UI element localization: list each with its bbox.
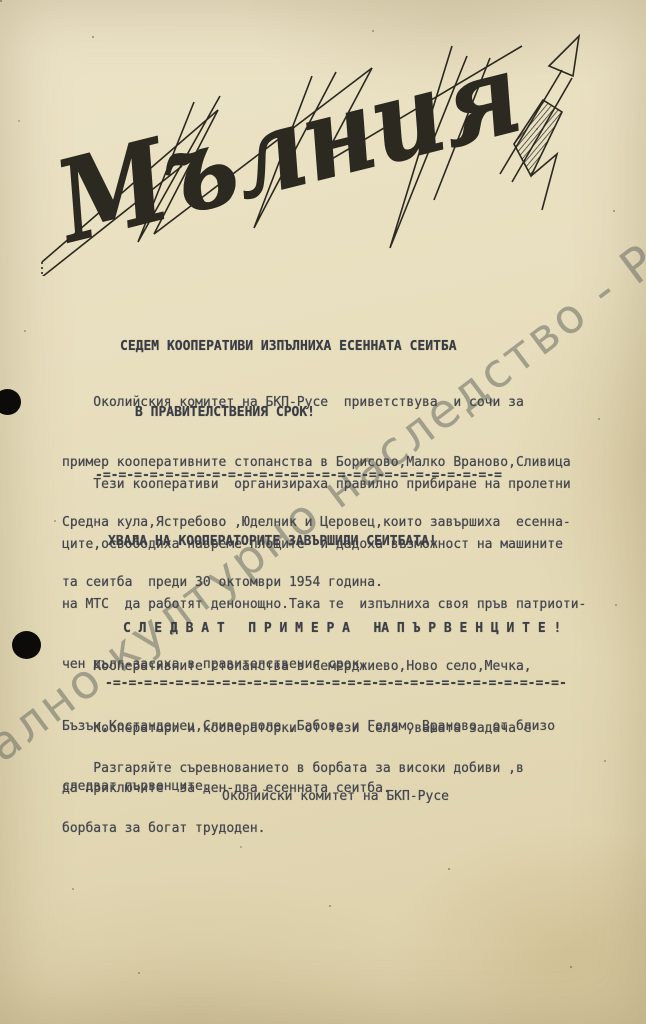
lightning-masthead-drawing: Мълния (22, 14, 622, 276)
document-page: итално културно наследство - Ру (0, 0, 646, 1024)
arrow-head (549, 36, 579, 76)
logo-text: Мълния (41, 27, 532, 269)
paper-specks (0, 0, 2, 2)
slogan-line: ХВАЛА НА КООПЕРАТОРИТЕ ЗАВЪРШИЛИ СЕИТБАТ… (108, 532, 437, 552)
text-line: Околийския комитет на БКП-Русе приветств… (62, 393, 571, 413)
text-line: Кооперативните стопанства в Семерджиево,… (62, 657, 555, 677)
text-line: Разгаряйте съревнованието в борбата за в… (62, 759, 524, 779)
text-line: Тези кооперативи организираха правилно п… (62, 475, 586, 495)
text-line: борбата за богат трудоден. (62, 819, 524, 839)
signature-line: Околийски комитет на БКП-Русе (222, 787, 449, 807)
